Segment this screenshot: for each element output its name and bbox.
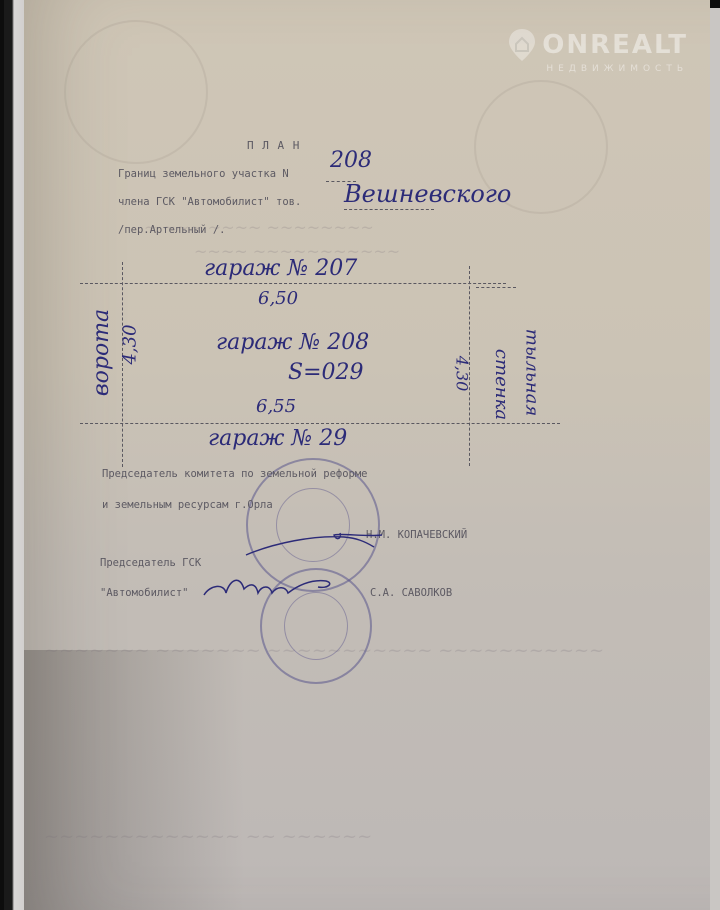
gsk-signature xyxy=(200,565,350,605)
document-page: ~ ~~~ ~~~~ ~~~~~~~~ ~~~~ ~~~~~~~~~~~ ~~~… xyxy=(24,0,710,910)
member-name-underline xyxy=(344,209,434,210)
boundary-top-right-ext xyxy=(476,287,516,288)
top-neighbor-label: гараж № 207 xyxy=(204,256,357,281)
committee-title-line2: и земельным ресурсам г.Орла xyxy=(102,499,273,511)
shadow xyxy=(24,650,710,910)
member-name-value: Вешневского xyxy=(344,180,511,208)
committee-title-line1: Председатель комитета по земельной рефор… xyxy=(102,468,368,480)
gsk-title-line2: "Автомобилист" xyxy=(100,587,189,599)
plot-number-label: Границ земельного участка N xyxy=(118,168,289,180)
gsk-title-line1: Председатель ГСК xyxy=(100,557,201,569)
bottom-length: 6,55 xyxy=(256,396,296,417)
plot-area: S=029 xyxy=(288,360,364,385)
address-line: /пер.Артельный /. xyxy=(118,224,225,236)
committee-signature xyxy=(244,525,384,560)
member-label: члена ГСК "Автомобилист" тов. xyxy=(118,196,301,208)
watermark-subtitle: НЕДВИЖИМОСТЬ xyxy=(508,64,688,74)
right-width: 4,30 xyxy=(452,356,471,392)
watermark-brand: ONREALT xyxy=(542,30,688,60)
bleed-through-text: ~~~~~~~~~~~~~ ~~ ~~~~~~ xyxy=(44,826,372,847)
center-garage-label: гараж № 208 xyxy=(216,330,369,355)
document-title: П Л А Н xyxy=(247,139,300,152)
house-pin-icon xyxy=(508,28,536,62)
plot-number-value: 208 xyxy=(330,148,372,173)
boundary-bottom xyxy=(80,423,560,424)
left-side-label: ворота xyxy=(89,309,114,396)
bottom-neighbor-label: гараж № 29 xyxy=(208,426,347,451)
right-side-label-1: тыльная xyxy=(521,329,542,417)
faded-stamp-top-left xyxy=(64,20,208,164)
watermark: ONREALT НЕДВИЖИМОСТЬ xyxy=(508,28,688,74)
gsk-signatory-name: С.А. САВОЛКОВ xyxy=(370,587,452,599)
left-width: 4,30 xyxy=(120,324,141,364)
boundary-top xyxy=(80,283,506,284)
top-length: 6,50 xyxy=(258,288,298,309)
right-side-label-2: стенка xyxy=(491,349,512,420)
